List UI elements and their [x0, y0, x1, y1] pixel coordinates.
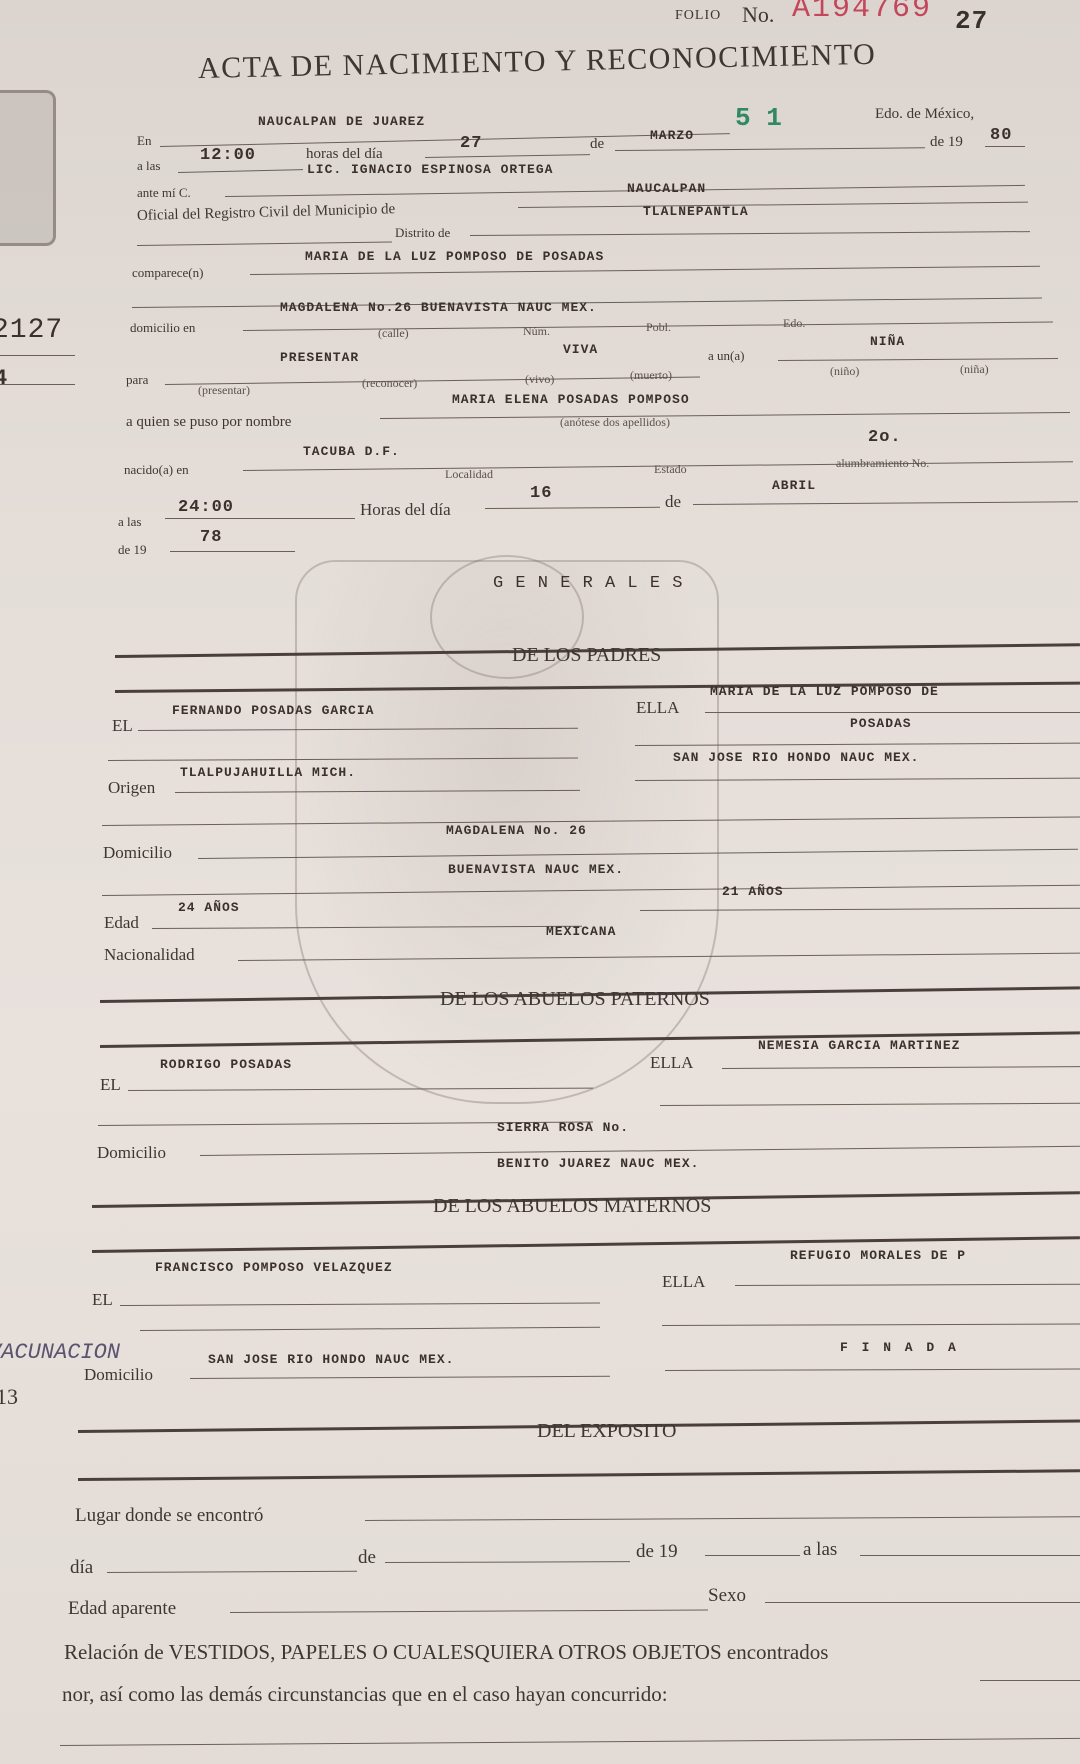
exposito-dia-label: día	[70, 1557, 93, 1579]
nac-mes: ABRIL	[772, 478, 816, 493]
edad-aparente-field	[230, 1609, 708, 1613]
ap-el-label: EL	[100, 1075, 121, 1095]
a-las-label: a las	[137, 158, 160, 174]
sub-localidad: Localidad	[445, 467, 493, 482]
folio-no-label: No.	[742, 2, 774, 28]
sub-alumbramiento: alumbramiento No.	[836, 456, 929, 471]
sub-presentar: (presentar)	[198, 383, 250, 398]
en-value: NAUCALPAN DE JUAREZ	[258, 114, 425, 129]
am-domicilio-label: Domicilio	[84, 1365, 153, 1385]
registro-dia: 27	[460, 134, 482, 153]
madre-nombre-2: POSADAS	[850, 716, 912, 731]
vacunacion-stamp: VACUNACION	[0, 1340, 120, 1365]
sub-vivo: (vivo)	[525, 372, 554, 387]
sexo-field	[765, 1602, 1080, 1603]
oficial-label: Oficial del Registro Civil del Municipio…	[137, 201, 396, 225]
left-seal-icon	[0, 90, 56, 246]
vacunacion-number: 13	[0, 1384, 18, 1410]
green-stamp: 5 1	[735, 103, 782, 133]
nac-hora: 24:00	[178, 498, 234, 517]
edo-mexico-label: Edo. de México,	[875, 106, 974, 123]
registro-mes: MARZO	[650, 128, 694, 143]
comparece-value: MARIA DE LA LUZ POMPOSO DE POSADAS	[305, 249, 604, 264]
folio-label: FOLIO	[675, 8, 721, 24]
de-19-label: de 19	[930, 134, 963, 151]
padre-edad: 24 AÑOS	[178, 900, 240, 915]
am-ella-label: ELLA	[662, 1272, 705, 1292]
ante-mi-label: ante mí C.	[137, 185, 191, 201]
abuelos-maternos-title: DE LOS ABUELOS MATERNOS	[433, 1195, 711, 1218]
madre-nombre-1: MARIA DE LA LUZ POMPOSO DE	[710, 684, 939, 699]
horas-del-dia-label: horas del día	[306, 146, 383, 163]
alumbramiento-value: 2o.	[868, 428, 902, 447]
abuela-materna: REFUGIO MORALES DE P	[790, 1248, 966, 1263]
nac-a-las-label: a las	[118, 514, 141, 530]
en-label: En	[137, 133, 151, 149]
nac-de-label: de	[665, 492, 681, 512]
generales-title: G E N E R A L E S	[493, 574, 683, 593]
sub-estado: Estado	[654, 462, 687, 477]
oficial-nombre: LIC. IGNACIO ESPINOSA ORTEGA	[307, 162, 553, 177]
am-el-label: EL	[92, 1290, 113, 1310]
padres-title: DE LOS PADRES	[512, 644, 661, 667]
sexo-value: NIÑA	[870, 334, 905, 349]
abuela-paterna: NEMESIA GARCIA MARTINEZ	[758, 1038, 960, 1053]
origen-label: Origen	[108, 778, 155, 798]
exposito-mes-field	[385, 1561, 630, 1563]
exposito-de-19-label: de 19	[636, 1541, 678, 1563]
am-domicilio: SAN JOSE RIO HONDO NAUC MEX.	[208, 1352, 454, 1367]
nac-anio: 78	[200, 528, 222, 547]
relacion-line-2: nor, así como las demás circunstancias q…	[62, 1682, 668, 1707]
registro-hora: 12:00	[200, 146, 256, 165]
domicilio-padres-label: Domicilio	[103, 843, 172, 863]
lugar-label: Lugar donde se encontró	[75, 1505, 263, 1527]
madre-origen: SAN JOSE RIO HONDO NAUC MEX.	[673, 750, 919, 765]
padres-domicilio-1: MAGDALENA No. 26	[446, 823, 587, 838]
nac-horas-label: Horas del día	[360, 500, 451, 520]
sub-nino: (niño)	[830, 364, 859, 379]
sexo-label: Sexo	[708, 1585, 746, 1607]
sub-muerto: (muerto)	[630, 368, 672, 383]
para-value: PRESENTAR	[280, 350, 359, 365]
registro-anio: 80	[990, 126, 1012, 145]
vivo-value: VIVA	[563, 342, 598, 357]
abuelos-paternos-title: DE LOS ABUELOS PATERNOS	[440, 988, 710, 1011]
abuelo-materno: FRANCISCO POMPOSO VELAZQUEZ	[155, 1260, 393, 1275]
abuelo-paterno: RODRIGO POSADAS	[160, 1057, 292, 1072]
sub-pobl: Pobl.	[646, 320, 671, 335]
exposito-dia-field	[107, 1571, 357, 1573]
a-un-label: a un(a)	[708, 348, 744, 364]
padres-domicilio-2: BUENAVISTA NAUC MEX.	[448, 862, 624, 877]
sub-nina: (niña)	[960, 362, 989, 377]
madre-edad: 21 AÑOS	[722, 884, 784, 899]
de-label: de	[590, 136, 604, 153]
padre-nombre: FERNANDO POSADAS GARCIA	[172, 703, 374, 718]
edad-aparente-label: Edad aparente	[68, 1598, 176, 1620]
sub-num: Núm.	[523, 324, 550, 339]
ap-ella-label: ELLA	[650, 1053, 693, 1073]
edad-label: Edad	[104, 913, 139, 933]
exposito-title: DEL EXPOSITO	[537, 1420, 676, 1443]
document-title: ACTA DE NACIMIENTO Y RECONOCIMIENTO	[198, 38, 877, 86]
padre-origen: TLALPUJAHUILLA MICH.	[180, 765, 356, 780]
distrito-label: Distrito de	[395, 225, 450, 241]
distrito-value: TLALNEPANTLA	[643, 204, 749, 219]
exposito-hora-field	[860, 1555, 1080, 1556]
ap-domicilio-label: Domicilio	[97, 1143, 166, 1163]
domicilio-value: MAGDALENA No.26 BUENAVISTA NAUC MEX.	[280, 300, 597, 315]
folio-number: A194769	[792, 0, 932, 26]
sub-reconocer: (reconocer)	[362, 376, 417, 391]
madre-ella-label: ELLA	[636, 698, 679, 718]
nombre-value: MARIA ELENA POSADAS POMPOSO	[452, 392, 690, 407]
nac-dia: 16	[530, 484, 552, 503]
exposito-anio-field	[705, 1555, 800, 1556]
nacionalidad-value: MEXICANA	[546, 924, 616, 939]
sub-edo: Edo.	[783, 316, 805, 331]
ap-domicilio-2: BENITO JUAREZ NAUC MEX.	[497, 1156, 699, 1171]
margin-number-2: 4	[0, 366, 8, 391]
birth-certificate-page: FOLIO No. A194769 27 ACTA DE NACIMIENTO …	[0, 0, 1080, 1764]
nacionalidad-label: Nacionalidad	[104, 945, 195, 965]
comparece-label: comparece(n)	[132, 265, 203, 281]
relacion-line-1: Relación de VESTIDOS, PAPELES O CUALESQU…	[64, 1640, 828, 1665]
nacido-label: nacido(a) en	[124, 462, 189, 478]
nac-de-19-label: de 19	[118, 542, 147, 558]
page-number: 27	[955, 6, 988, 36]
exposito-de-label: de	[358, 1547, 376, 1569]
padre-el-label: EL	[112, 716, 133, 736]
domicilio-label: domicilio en	[130, 320, 195, 336]
ap-domicilio-1: SIERRA ROSA No.	[497, 1120, 629, 1135]
municipio-value: NAUCALPAN	[627, 181, 706, 196]
sub-apellidos: (anótese dos apellidos)	[560, 415, 670, 430]
margin-number: 2127	[0, 315, 63, 346]
nombre-label: a quien se puso por nombre	[126, 414, 291, 431]
abuela-materna-estado: F I N A D A	[840, 1340, 959, 1355]
nacido-value: TACUBA D.F.	[303, 444, 400, 459]
sub-calle: (calle)	[378, 326, 409, 341]
para-label: para	[126, 372, 148, 388]
exposito-a-las-label: a las	[803, 1539, 837, 1561]
